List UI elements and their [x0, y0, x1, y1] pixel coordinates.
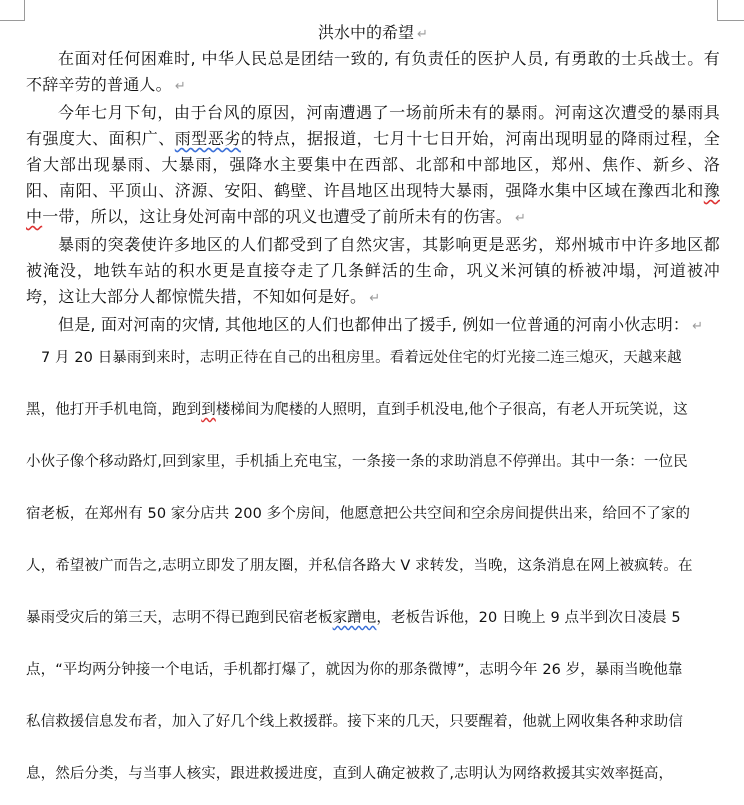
story-line: 小伙子像个移动路灯,回到家里，手机插上充电宝，一条接一条的求助消息不停弹出。其中…: [26, 447, 720, 499]
story-line: 黑，他打开手机电筒，跑到到楼梯间为爬楼的人照明，直到手机没电,他个子很高，有老人…: [26, 395, 720, 447]
page-corner-mark-top-left: [0, 0, 25, 21]
story-section[interactable]: 7 月 20 日暴雨到来时，志明正待在自己的出租房里。看着远处住宅的灯光接二连三…: [26, 343, 720, 805]
line-text: 黑，他打开手机电筒，跑到: [26, 402, 201, 418]
paragraph-mark-icon: ↵: [692, 319, 703, 334]
paragraph-text: 在面对任何困难时, 中华人民总是团结一致的, 有负责任的医护人员, 有勇敢的士兵…: [26, 49, 720, 94]
paragraph-4: 但是, 面对河南的灾情, 其他地区的人们也都伸出了援手, 例如一位普通的河南小伙…: [26, 312, 720, 340]
paragraph-text: 但是, 面对河南的灾情, 其他地区的人们也都伸出了援手, 例如一位普通的河南小伙…: [58, 315, 689, 334]
story-line: 宿老板，在郑州有 50 家分店共 200 多个房间，他愿意把公共空间和空余房间提…: [26, 499, 720, 551]
paragraph-text: 一带，所以，这让身处河南中部的巩义也遭受了前所未有的伤害。: [42, 207, 512, 226]
story-line: 私信救援信息发布者，加入了好几个线上救援群。接下来的几天，只要醒着，他就上网收集…: [26, 707, 720, 759]
page-corner-mark-top-right: [717, 0, 744, 21]
paragraph-mark-icon: ↵: [515, 211, 526, 226]
paragraph-1: 在面对任何困难时, 中华人民总是团结一致的, 有负责任的医护人员, 有勇敢的士兵…: [26, 46, 720, 100]
story-line: 点，“平均两分钟接一个电话，手机都打爆了，就因为你的那条微博”，志明今年 26 …: [26, 655, 720, 707]
paragraph-mark-icon: ↵: [175, 79, 186, 94]
line-text: 楼梯间为爬楼的人照明，直到手机没电,他个子很高，有老人开玩笑说，这: [216, 402, 688, 418]
document-title: 洪水中的希望↵: [26, 20, 720, 46]
paragraph-mark-icon: ↵: [417, 27, 428, 42]
line-text: 暴雨受灾后的第三天，志明不得已跑到民宿老板: [26, 610, 333, 626]
paragraph-2: 今年七月下旬，由于台风的原因，河南遭遇了一场前所未有的暴雨。河南这次遭受的暴雨具…: [26, 100, 720, 232]
story-line: 人，希望被广而告之,志明立即发了朋友圈，并私信各路大 V 求转发，当晚，这条消息…: [26, 551, 720, 603]
line-text: ，老板告诉他，20 日晚上 9 点半到次日凌晨 5: [376, 610, 680, 626]
paragraph-mark-icon: ↵: [369, 291, 380, 306]
grammar-flagged-text[interactable]: 家蹭电: [333, 610, 377, 626]
story-line: 息，然后分类，与当事人核实，跟进救援进度，直到人确定被救了,志明认为网络救援其实…: [26, 759, 720, 805]
grammar-flagged-text[interactable]: 雨型恶劣: [175, 129, 241, 148]
story-line: 暴雨受灾后的第三天，志明不得已跑到民宿老板家蹭电，老板告诉他，20 日晚上 9 …: [26, 603, 720, 655]
story-line: 7 月 20 日暴雨到来时，志明正待在自己的出租房里。看着远处住宅的灯光接二连三…: [26, 343, 720, 395]
spelling-flagged-text[interactable]: 到: [201, 402, 216, 418]
title-text: 洪水中的希望: [318, 23, 414, 42]
document-page[interactable]: 洪水中的希望↵ 在面对任何困难时, 中华人民总是团结一致的, 有负责任的医护人员…: [26, 20, 720, 340]
paragraph-3: 暴雨的突袭使许多地区的人们都受到了自然灾害，其影响更是恶劣，郑州城市中许多地区都…: [26, 232, 720, 312]
